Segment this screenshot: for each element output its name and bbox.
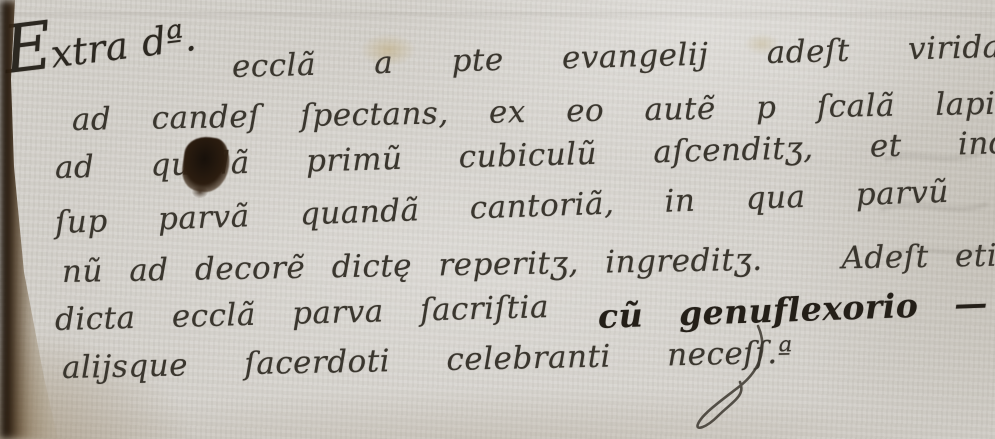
ghost-stroke [885,154,980,160]
pen-flourish-icon [688,322,774,432]
margin-note-word: xtra [48,23,130,76]
manuscript-page: Extradª. ecclã a pte evangelij adeſt vir… [0,0,995,439]
ghost-stroke [880,204,988,210]
ink-blot [179,134,232,195]
manuscript-line: nũ ad decorẽ dictę reperitʒ, ingreditʒ. … [62,235,995,291]
manuscript-line: dicta ecclã parva ſacriſtia [54,288,549,340]
manuscript-line: alijsque ſacerdoti celebranti neceſſ.ª [62,334,794,388]
margin-note: Extradª. [0,0,199,84]
ghost-stroke [890,248,985,255]
margin-note-abbreviation: dª. [139,15,198,65]
bleed-through-marks [880,140,990,270]
flourish-stroke [698,326,763,428]
manuscript-line-heavy-ink: cũ genuflexorio — [597,282,988,337]
ink-blot-drip [192,186,208,198]
manuscript-line: ecclã a pte evangelij adeſt viridariũ [231,27,995,87]
